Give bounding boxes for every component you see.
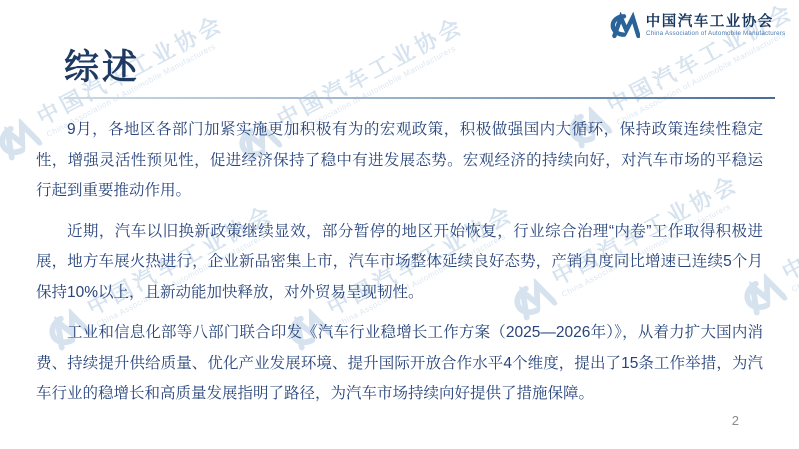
slide: 中国汽车工业协会 China Association of Automobile… <box>0 0 799 449</box>
caam-logo: 中国汽车工业协会 China Association of Automobile… <box>596 12 791 39</box>
paragraph-market-trend: 近期，汽车以旧换新政策继续显效，部分暂停的地区开始恢复，行业综合治理“内卷”工作… <box>36 217 763 309</box>
page-title: 综述 <box>64 40 140 90</box>
paragraph-macro-policy: 9月，各地区各部门加紧实施更加积极有为的宏观政策，积极做强国内大循环，保持政策连… <box>36 115 763 207</box>
org-name-zh: 中国汽车工业协会 <box>646 14 791 31</box>
org-name-en: China Association of Automobile Manufact… <box>646 30 785 37</box>
caam-logo-icon <box>596 12 640 39</box>
page-number: 2 <box>732 413 739 428</box>
caam-logo-text: 中国汽车工业协会 China Association of Automobile… <box>646 14 791 38</box>
body-text: 9月，各地区各部门加紧实施更加积极有为的宏观政策，积极做强国内大循环，保持政策连… <box>0 99 799 420</box>
paragraph-work-plan: 工业和信息化部等八部门联合印发《汽车行业稳增长工作方案（2025—2026年）》… <box>36 318 763 410</box>
